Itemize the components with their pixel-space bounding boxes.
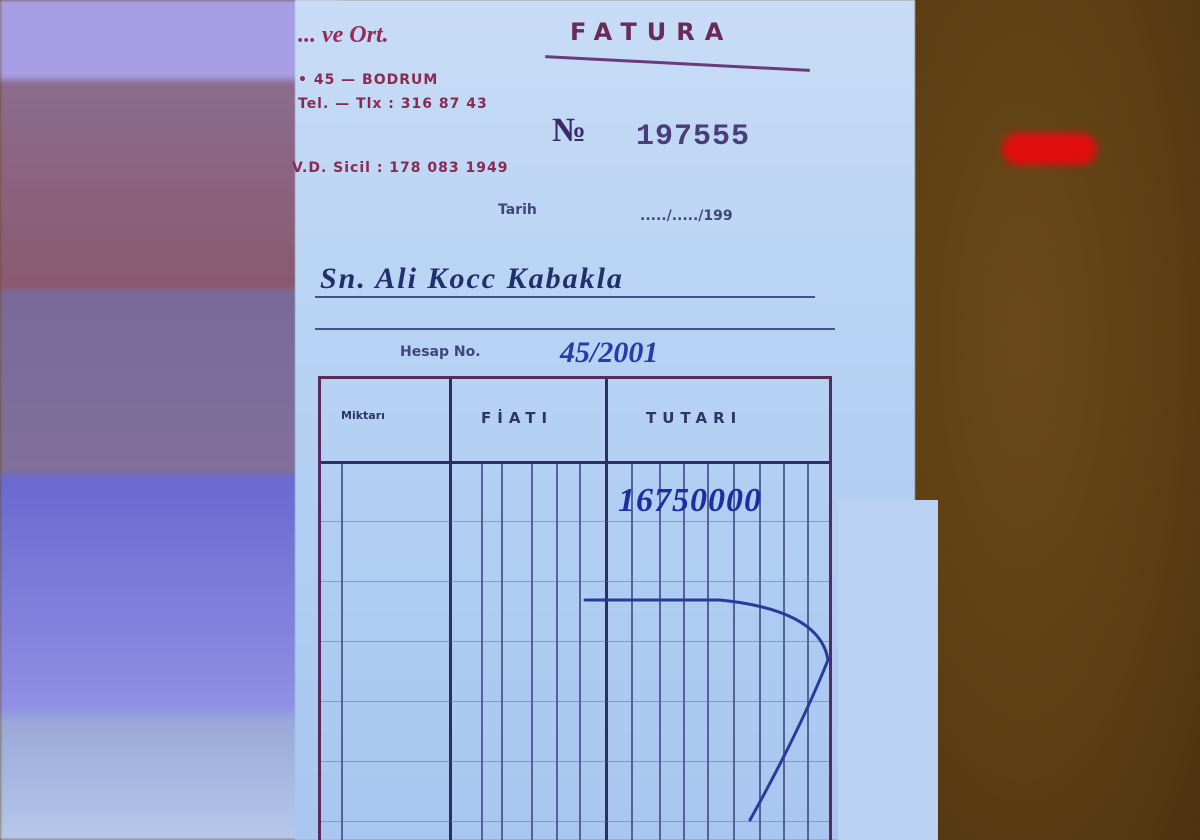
handwritten-curve-stroke	[0, 0, 1200, 840]
